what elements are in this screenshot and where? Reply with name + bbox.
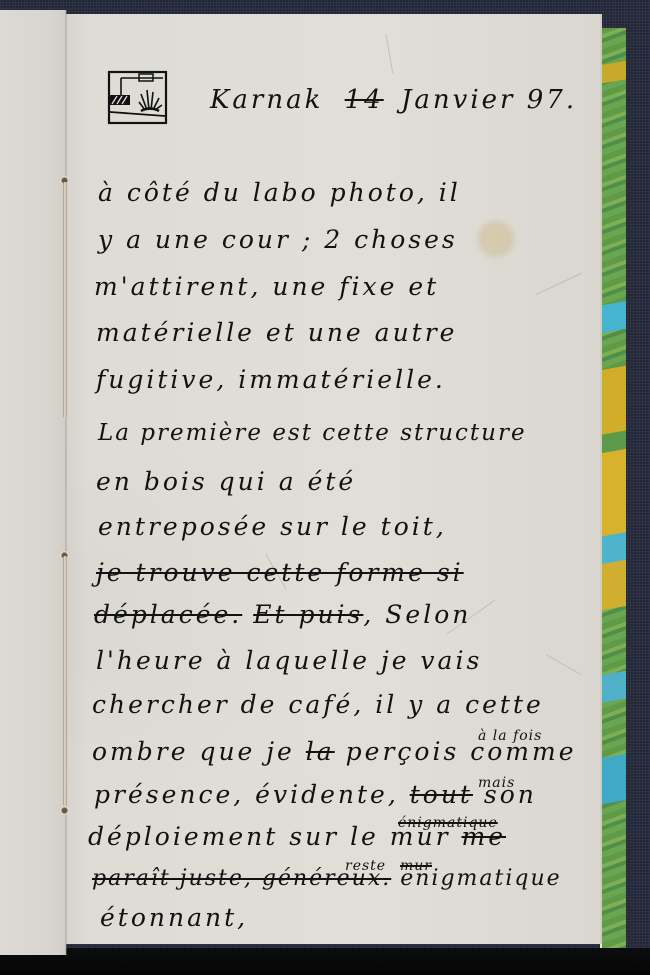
insertion-reste: reste <box>345 858 386 874</box>
insertion-enigmatique-struck: énigmatique <box>398 815 498 831</box>
text-line: fugitive, immatérielle. <box>96 365 446 394</box>
struck-word: déplacée. <box>94 600 242 629</box>
insertion-mur-struck: mur <box>400 858 432 874</box>
text-line: chercher de café, il y a cette <box>92 690 544 719</box>
binding-stitch-bottom <box>63 556 67 806</box>
entry-header: Karnak 14 Janvier 97. <box>210 85 577 115</box>
text-line: l'heure à laquelle je vais <box>96 646 482 675</box>
text-line: m'attirent, une fixe et <box>94 272 439 301</box>
header-place: Karnak <box>210 85 323 115</box>
header-day-struck: 14 <box>345 85 384 115</box>
text-line: à côté du labo photo, il <box>98 178 461 207</box>
bottom-shadow <box>0 948 650 975</box>
struck-text-line: je trouve cette forme si <box>96 558 464 587</box>
text-line: étonnant, <box>100 903 248 932</box>
text-line: présence, évidente, tout son <box>94 780 537 809</box>
text-line: La première est cette structure <box>98 420 527 446</box>
struck-word: tout <box>410 780 473 809</box>
text-line: matérielle et une autre <box>96 318 457 347</box>
stitch-hole-bottom <box>60 806 69 815</box>
insertion-a-la-fois: à la fois <box>478 728 542 744</box>
text-line: en bois qui a été <box>96 467 356 496</box>
courtyard-sketch-icon <box>107 70 169 126</box>
insertion-mais: mais <box>478 775 515 791</box>
struck-word: Et puis <box>253 600 363 629</box>
binding-stitch-top <box>63 182 67 418</box>
struck-word: la <box>306 737 335 766</box>
text-line: entreposée sur le toit, <box>98 512 447 541</box>
marbled-page-edge <box>600 28 626 948</box>
text-line: paraît juste, généreux. enigmatique <box>92 866 562 891</box>
text-line: y a une cour ; 2 choses <box>98 225 458 254</box>
header-month-year: Janvier 97. <box>401 85 577 115</box>
text-line: déplacée. Et puis, Selon <box>94 600 471 629</box>
left-page <box>0 10 66 955</box>
